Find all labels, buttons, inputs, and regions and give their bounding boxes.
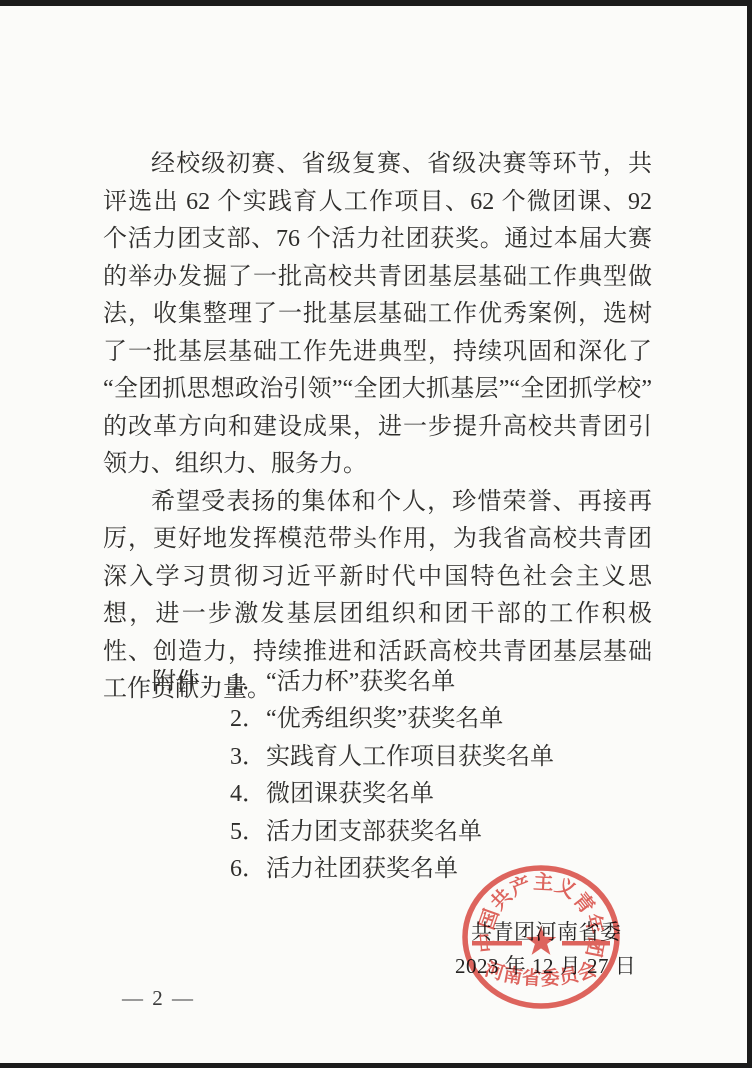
attachment-item: 2．“优秀组织奖”获奖名单 — [230, 701, 554, 738]
attachment-item: 4．微团课获奖名单 — [230, 776, 554, 813]
attachments-list: 1．“活力杯”获奖名单 2．“优秀组织奖”获奖名单 3．实践育人工作项目获奖名单… — [230, 664, 554, 888]
svg-text:河南省委员会: 河南省委员会 — [482, 957, 600, 990]
seal-bar-right — [562, 941, 610, 946]
page-number: — 2 — — [122, 986, 195, 1011]
seal-bar-left — [472, 941, 522, 946]
attachment-item: 5．活力团支部获奖名单 — [230, 814, 554, 851]
body-text-block: 经校级初赛、省级复赛、省级决赛等环节，共评选出 62 个实践育人工作项目、62 … — [103, 146, 652, 709]
document-page: 经校级初赛、省级复赛、省级决赛等环节，共评选出 62 个实践育人工作项目、62 … — [0, 6, 747, 1063]
attachments-block: 附件： 1．“活力杯”获奖名单 2．“优秀组织奖”获奖名单 3．实践育人工作项目… — [152, 664, 554, 888]
star-icon — [526, 926, 556, 955]
attachments-label: 附件： — [152, 664, 224, 701]
body-paragraph-1: 经校级初赛、省级复赛、省级决赛等环节，共评选出 62 个实践育人工作项目、62 … — [103, 146, 652, 484]
seal-bottom-text: 河南省委员会 — [482, 957, 600, 990]
official-seal: 中国共产主义青年团 河南省委员会 — [456, 857, 626, 1017]
scanned-document: 经校级初赛、省级复赛、省级决赛等环节，共评选出 62 个实践育人工作项目、62 … — [0, 0, 752, 1068]
attachment-item: 1．“活力杯”获奖名单 — [230, 664, 554, 701]
attachment-item: 3．实践育人工作项目获奖名单 — [230, 739, 554, 776]
